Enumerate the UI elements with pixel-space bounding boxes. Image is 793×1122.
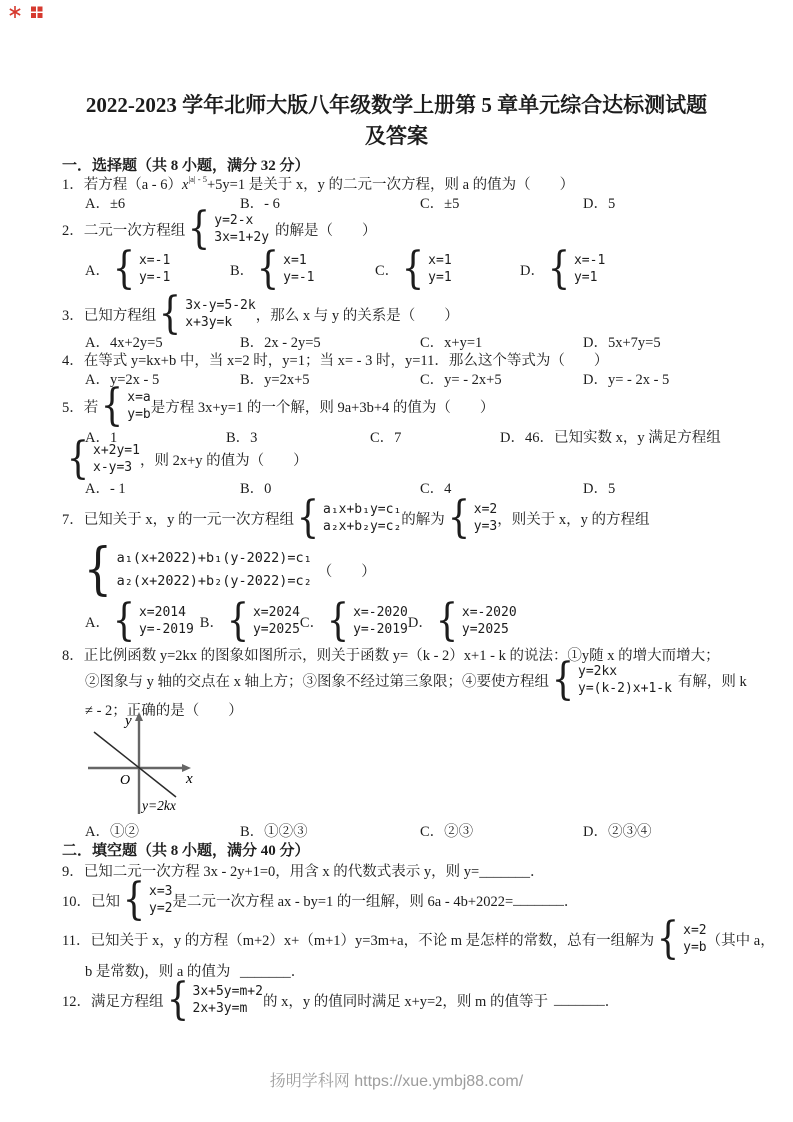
q2-text-post: 的解是（ ） <box>275 219 377 240</box>
q2-text-pre: 2．二元一次方程组 <box>62 219 185 240</box>
q11-eq1: x=2 <box>683 922 706 939</box>
q7-text-mid: 的解为 <box>401 508 445 529</box>
q7-text-post: ，则关于 x，y 的方程组 <box>497 508 649 529</box>
q3-text-post: ，那么 x 与 y 的关系是（ ） <box>256 304 459 325</box>
q5-text-pre: 5．若 <box>62 396 98 417</box>
q7-option-a: { x=2014y=-2019 <box>110 599 194 643</box>
q7-equation-system-2: { x=2 y=3 <box>445 496 497 540</box>
q5-equation-system: { x=a y=b <box>98 384 150 428</box>
q8-option-b: B．①②③ <box>240 820 308 841</box>
q8-option-c: C．②③ <box>420 820 473 841</box>
section2-heading: 二．填空题（共 8 小题，满分 40 分） <box>62 839 783 860</box>
question-8-line2: ②图象与 y 轴的交点在 x 轴上方；③图象不经过第三象限；④要使方程组 { y… <box>85 658 783 702</box>
q1-text-post: +5y=1 是关于 x，y 的二元一次方程，则 a 的值为（ ） <box>207 177 574 193</box>
q7-sys3-eq1: a₁(x+2022)+b₁(y-2022)=c₁ <box>117 547 312 570</box>
left-brace: { <box>327 599 349 643</box>
title-line2: 及答案 <box>0 121 793 152</box>
left-brace: { <box>297 496 319 540</box>
function-graph: y x O y=2kx <box>84 710 224 820</box>
question-6: { x+2y=1 x-y=3 ，则 2x+y 的值为（ ） <box>64 436 783 482</box>
q6-eq2: x-y=3 <box>93 459 140 476</box>
origin-label: O <box>120 773 130 788</box>
q2-option-b: B． { x=1y=-1 <box>230 247 314 291</box>
question-7-options: A． { x=2014y=-2019 B． { x=2024y=2025 C． … <box>85 598 783 644</box>
q8-eq1: y=2kx <box>578 663 672 680</box>
q7-sys2-eq2: y=3 <box>474 518 497 535</box>
q5-eq2: y=b <box>127 406 150 423</box>
q7-option-a-label: A． <box>85 611 110 632</box>
title-line1: 2022-2023 学年北师大版八年级数学上册第 5 章单元综合达标测试题 <box>0 90 793 121</box>
q8-eq2: y=(k-2)x+1-k <box>578 680 672 697</box>
section1-heading: 一．选择题（共 8 小题，满分 32 分） <box>62 154 783 175</box>
q7-option-b-label: B． <box>200 611 224 632</box>
left-brace: { <box>448 496 470 540</box>
y-axis-arrow <box>135 712 143 721</box>
q10-text-pre: 10．已知 <box>62 890 120 911</box>
q10-blank: _______ <box>513 892 564 909</box>
q3-equation-system: { 3x-y=5-2k x+3y=k <box>156 292 255 336</box>
q3-eq1: 3x-y=5-2k <box>185 297 255 314</box>
q12-text-pre: 12．满足方程组 <box>62 990 164 1011</box>
q2-option-a: A． { x=-1y=-1 <box>85 247 170 291</box>
question-4: 4．在等式 y=kx+b 中，当 x=2 时，y=1；当 x= - 3 时，y=… <box>62 349 783 370</box>
q6-eq1: x+2y=1 <box>93 442 140 459</box>
left-brace: { <box>113 599 135 643</box>
q5-eq1: x=a <box>127 389 150 406</box>
q7-option-b: { x=2024y=2025 <box>224 599 300 643</box>
corner-marks <box>6 4 48 20</box>
q8-equation-system: { y=2kx y=(k-2)x+1-k <box>549 658 672 702</box>
q8-text: ②图象与 y 轴的交点在 x 轴上方；③图象不经过第三象限；④要使方程组 <box>85 670 549 691</box>
page-title: 2022-2023 学年北师大版八年级数学上册第 5 章单元综合达标测试题 及答… <box>0 90 793 152</box>
question-11: 11．已知关于 x，y 的方程（m+2）x+（m+1）y=3m+a，不论 m 是… <box>62 916 783 962</box>
q10-eq1: x=3 <box>149 883 172 900</box>
q7-equation-system-1: { a₁x+b₁y=c₁ a₂x+b₂y=c₂ <box>294 496 401 540</box>
question-7: 7．已知关于 x，y 的一元一次方程组 { a₁x+b₁y=c₁ a₂x+b₂y… <box>62 494 783 542</box>
q7-option-c-label: C． <box>300 611 324 632</box>
q7-sys3-eq2: a₂(x+2022)+b₂(y-2022)=c₂ <box>117 570 312 593</box>
q12-blank: _______ <box>554 992 605 1009</box>
q12-equation-system: { 3x+5y=m+2 2x+3y=m <box>164 978 263 1022</box>
question-5: 5．若 { x=a y=b 是方程 3x+y=1 的一个解，则 9a+3b+4 … <box>62 384 783 428</box>
q1-text-pre: 1．若方程（a - 6） <box>62 177 182 193</box>
q3-text-pre: 3．已知方程组 <box>62 304 156 325</box>
grid-icon <box>31 7 43 19</box>
left-brace: { <box>159 292 181 336</box>
q8-option-a: A．①② <box>85 820 139 841</box>
left-brace: { <box>257 247 279 291</box>
q7-sys1-eq1: a₁x+b₁y=c₁ <box>323 501 401 518</box>
left-brace: { <box>552 658 574 702</box>
question-2-options: A． { x=-1y=-1 B． { x=1y=-1 C． { x=1y=1 D… <box>62 247 793 293</box>
q2-option-d: D． { x=-1y=1 <box>520 247 605 291</box>
q8-text-after: 有解，则 k <box>678 670 747 691</box>
question-1: 1．若方程（a - 6）x|a| - 5+5y=1 是关于 x，y 的二元一次方… <box>62 173 783 194</box>
proportional-line <box>94 732 176 797</box>
q7-option-c: { x=-2020y=-2019 <box>324 599 408 643</box>
q3-eq2: x+3y=k <box>185 314 255 331</box>
left-brace: { <box>188 207 210 251</box>
q8-option-d: D．②③④ <box>583 820 651 841</box>
q7-text-pre: 7．已知关于 x，y 的一元一次方程组 <box>62 508 294 529</box>
left-brace: { <box>166 978 188 1022</box>
q2-option-c: C． { x=1y=1 <box>375 247 452 291</box>
left-brace: { <box>402 247 424 291</box>
q1-exponent: |a| - 5 <box>188 174 207 184</box>
q10-eq2: y=2 <box>149 900 172 917</box>
q12-eq1: 3x+5y=m+2 <box>193 983 263 1000</box>
left-brace: { <box>657 917 679 961</box>
left-brace: { <box>113 247 135 291</box>
line-equation-label: y=2kx <box>140 798 176 813</box>
q6-text-post: ，则 2x+y 的值为（ ） <box>140 449 308 470</box>
left-brace: { <box>67 437 89 481</box>
y-axis-label: y <box>123 713 132 729</box>
left-brace: { <box>548 247 570 291</box>
q11-text-pre: 11．已知关于 x，y 的方程（m+2）x+（m+1）y=3m+a，不论 m 是… <box>62 929 654 950</box>
question-12: 12．满足方程组 { 3x+5y=m+2 2x+3y=m 的 x，y 的值同时满… <box>62 975 783 1025</box>
q5-text-post: 是方程 3x+y=1 的一个解，则 9a+3b+4 的值为（ ） <box>151 396 495 417</box>
q7-answer-paren: （ ） <box>318 560 376 581</box>
q10-text-post: 是二元一次方程 ax - by=1 的一组解，则 6a - 4b+2022= <box>172 890 513 911</box>
q11-eq2: y=b <box>683 939 706 956</box>
left-brace: { <box>227 599 249 643</box>
q2-eq1: y=2-x <box>214 212 269 229</box>
q6-equation-system: { x+2y=1 x-y=3 <box>64 437 140 481</box>
watermark-footer: 扬明学科网 https://xue.ymbj88.com/ <box>0 1068 793 1091</box>
left-brace: { <box>436 599 458 643</box>
q12-eq2: 2x+3y=m <box>193 1000 263 1017</box>
left-brace: { <box>84 542 113 598</box>
q7-sys1-eq2: a₂x+b₂y=c₂ <box>323 518 401 535</box>
q7-option-d-label: D． <box>408 611 433 632</box>
q11-text-post: （其中 a， <box>707 929 775 950</box>
q7-sys2-eq1: x=2 <box>474 501 497 518</box>
q12-text-post: 的 x，y 的值同时满足 x+y=2，则 m 的值等于 <box>263 990 548 1011</box>
left-brace: { <box>101 384 123 428</box>
q11-equation-system: { x=2 y=b <box>654 917 706 961</box>
x-axis-label: x <box>185 771 193 787</box>
q7-option-d: { x=-2020y=2025 <box>433 599 517 643</box>
asterisk-icon <box>10 6 20 18</box>
q7-equation-system-3: { a₁(x+2022)+b₁(y-2022)=c₁ a₂(x+2022)+b₂… <box>80 543 783 597</box>
